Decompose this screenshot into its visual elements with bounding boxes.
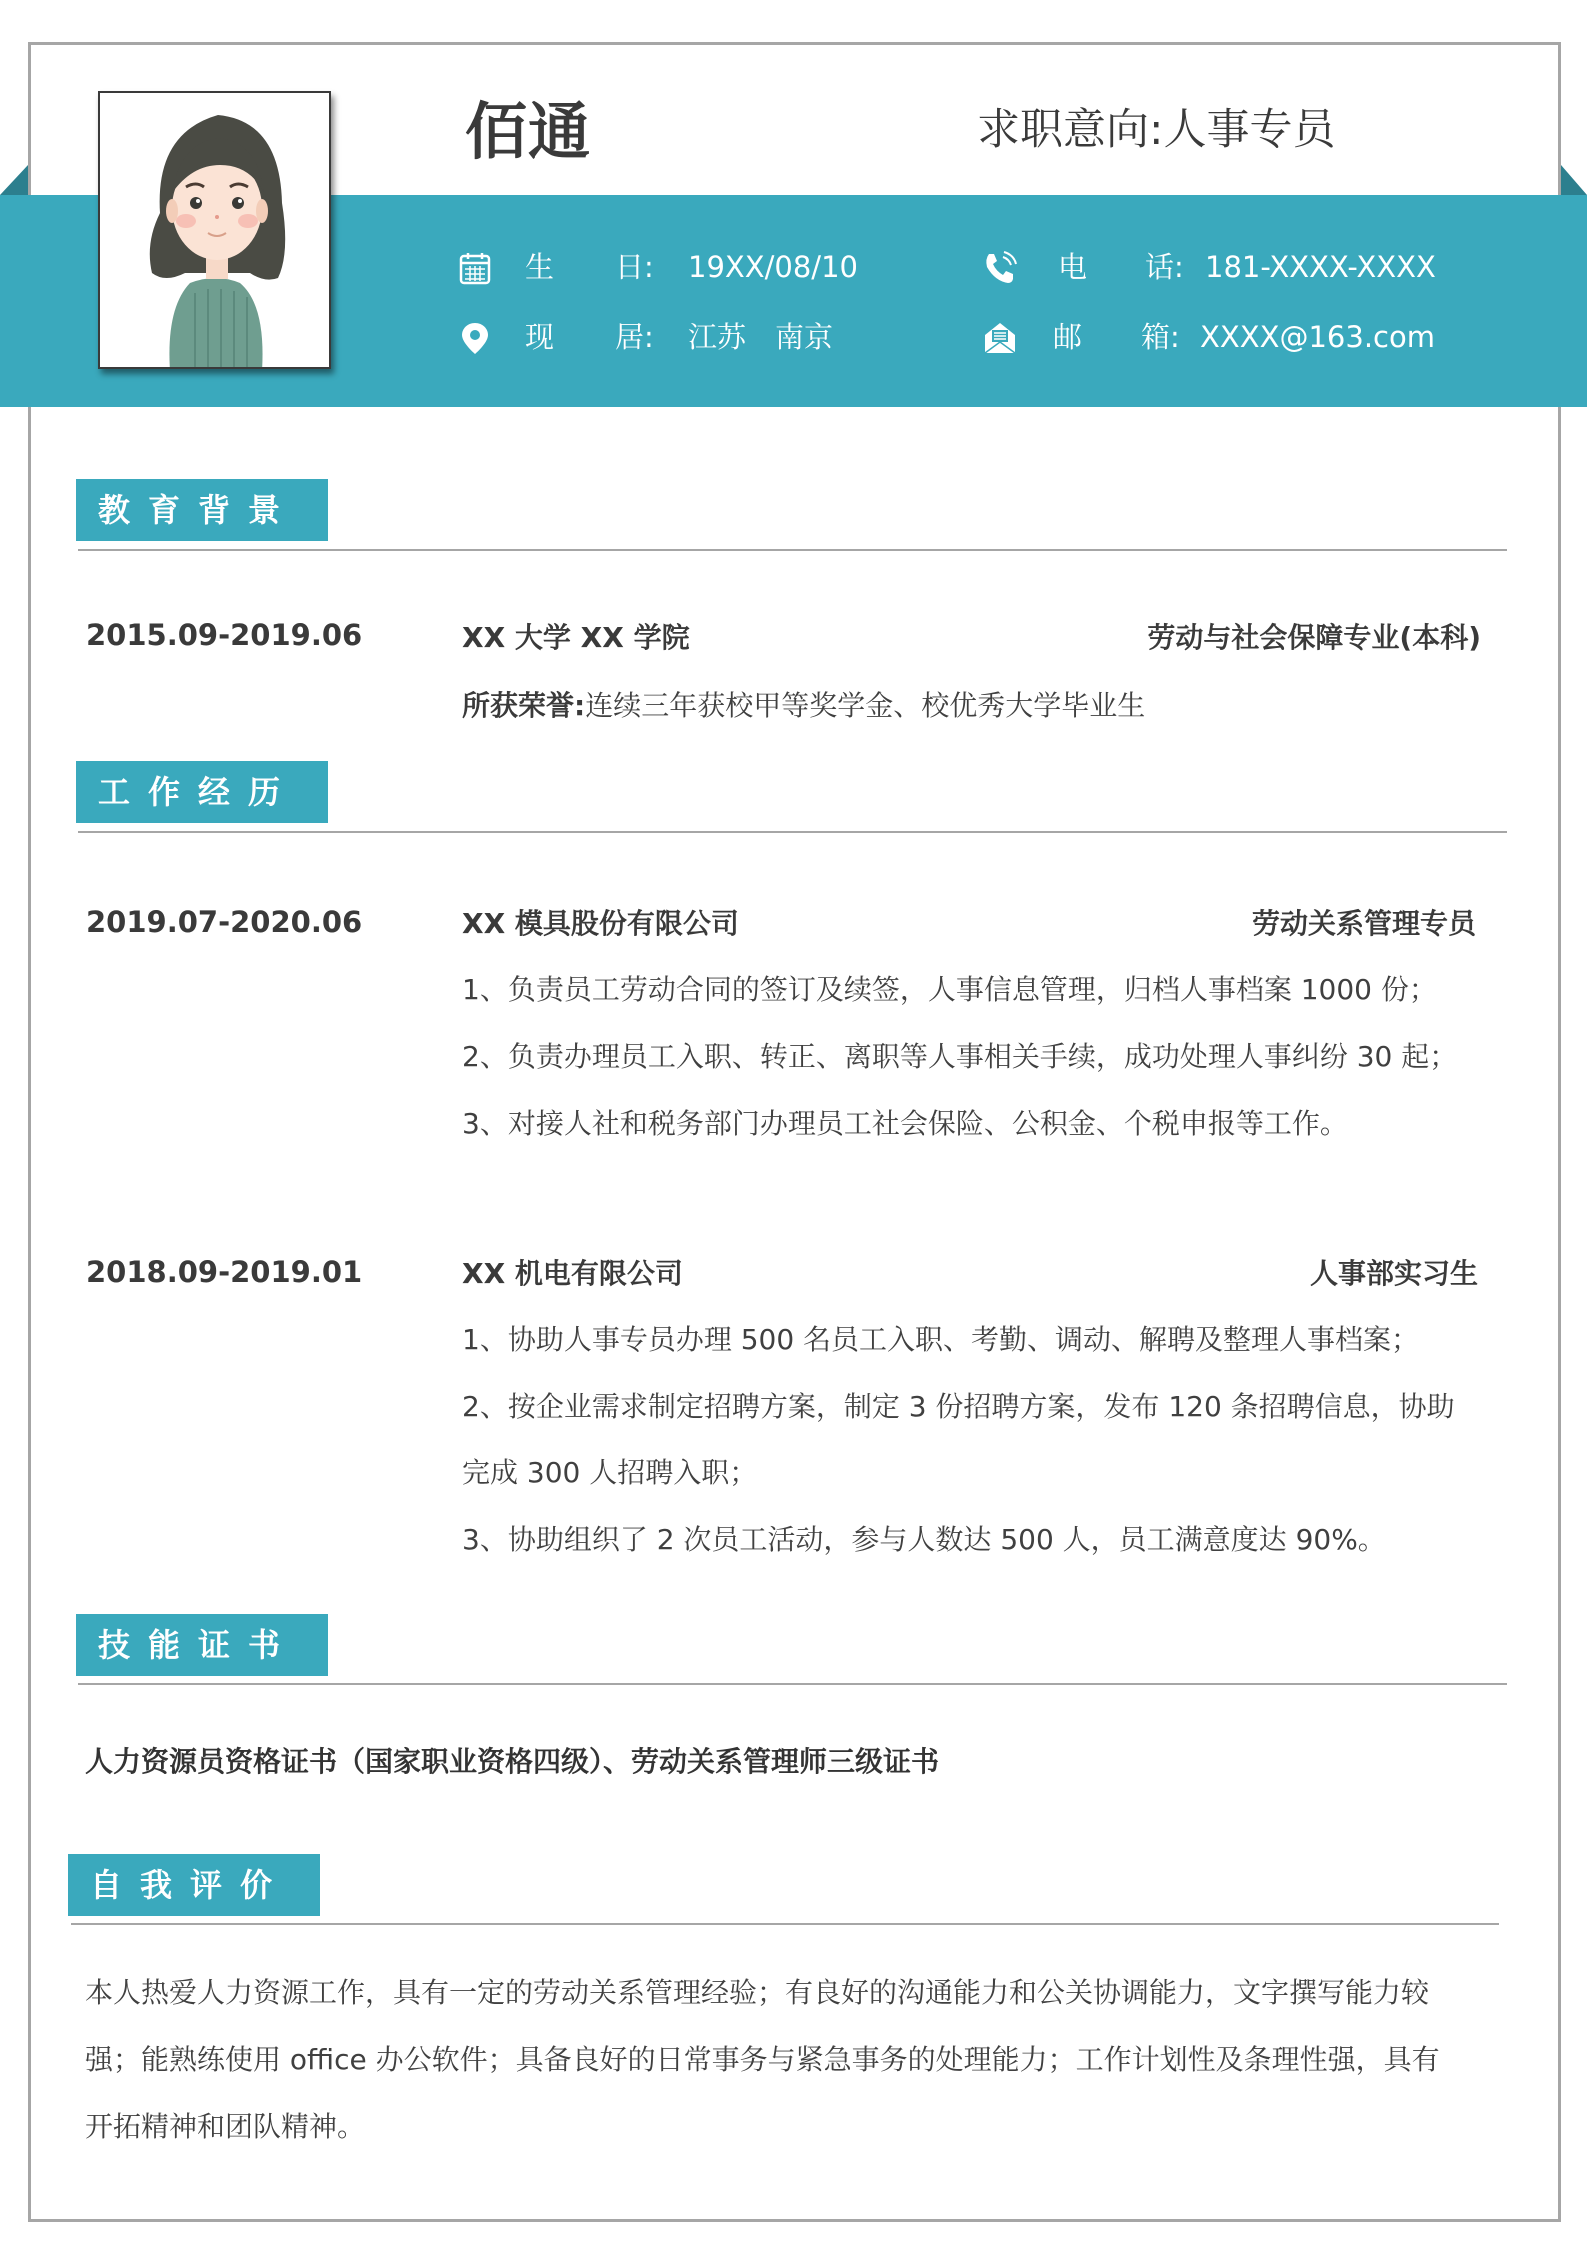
- phone-icon: [983, 251, 1017, 285]
- avatar-cartoon-girl-icon: [100, 93, 331, 369]
- work-1-line-1: 1、负责员工劳动合同的签订及续签，人事信息管理，归档人事档案 1000 份；: [462, 970, 1437, 1010]
- skills-certificates: 人力资源员资格证书（国家职业资格四级）、劳动关系管理师三级证书: [85, 1742, 939, 1782]
- section-divider-self-eval: [71, 1923, 1499, 1925]
- birthday-value: 19XX/08/10: [688, 247, 858, 287]
- work-2-date: 2018.09-2019.01: [86, 1252, 362, 1292]
- contact-birthday: 生 日: 19XX/08/10: [458, 247, 898, 287]
- phone-label-1: 电: [1058, 247, 1087, 287]
- contact-residence: 现 居: 江苏 南京: [458, 317, 898, 357]
- self-eval-line-3: 开拓精神和团队精神。: [85, 2107, 365, 2147]
- section-title-skills: 技能证书: [76, 1614, 328, 1676]
- birthday-label-2: 日:: [615, 247, 654, 287]
- phone-label-2: 话:: [1145, 247, 1184, 287]
- mail-icon: [983, 321, 1017, 355]
- section-title-self-eval: 自我评价: [68, 1854, 320, 1916]
- phone-value: 181-XXXX-XXXX: [1205, 247, 1436, 287]
- email-label-1: 邮: [1053, 317, 1082, 357]
- education-major: 劳动与社会保障专业(本科): [1147, 618, 1481, 658]
- birthday-label-1: 生: [525, 247, 554, 287]
- work-2-line-3: 完成 300 人招聘入职；: [462, 1453, 757, 1493]
- honors-label: 所获荣誉:: [462, 689, 585, 722]
- email-value: XXXX@163.com: [1200, 317, 1435, 357]
- work-1-company: XX 模具股份有限公司: [462, 904, 739, 944]
- section-divider-education: [78, 549, 1507, 551]
- residence-label-1: 现: [525, 317, 554, 357]
- contact-email: 邮 箱: XXXX@163.com: [983, 317, 1483, 357]
- section-title-work: 工作经历: [76, 761, 328, 823]
- work-2-role: 人事部实习生: [1310, 1254, 1478, 1294]
- education-school: XX 大学 XX 学院: [462, 618, 690, 658]
- honors-text: 连续三年获校甲等奖学金、校优秀大学毕业生: [585, 689, 1145, 722]
- band-fold-left: [0, 165, 28, 195]
- location-pin-icon: [458, 321, 492, 355]
- section-title-education: 教育背景: [76, 479, 328, 541]
- candidate-name: 佰通: [465, 92, 591, 172]
- work-1-line-3: 3、对接人社和税务部门办理员工社会保险、公积金、个税申报等工作。: [462, 1104, 1348, 1144]
- work-1-role: 劳动关系管理专员: [1252, 904, 1476, 944]
- avatar-photo: [98, 91, 331, 369]
- email-label-2: 箱:: [1141, 317, 1180, 357]
- work-2-line-4: 3、协助组织了 2 次员工活动，参与人数达 500 人，员工满意度达 90%。: [462, 1520, 1386, 1560]
- work-2-line-1: 1、协助人事专员办理 500 名员工入职、考勤、调动、解聘及整理人事档案；: [462, 1320, 1419, 1360]
- contact-phone: 电 话: 181-XXXX-XXXX: [983, 247, 1483, 287]
- section-divider-skills: [78, 1683, 1507, 1685]
- self-eval-line-1: 本人热爱人力资源工作，具有一定的劳动关系管理经验；有良好的沟通能力和公关协调能力…: [85, 1973, 1429, 2013]
- work-1-line-2: 2、负责办理员工入职、转正、离职等人事相关手续，成功处理人事纠纷 30 起；: [462, 1037, 1457, 1077]
- work-2-line-2: 2、按企业需求制定招聘方案，制定 3 份招聘方案，发布 120 条招聘信息，协助: [462, 1387, 1455, 1427]
- education-honors: 所获荣誉:连续三年获校甲等奖学金、校优秀大学毕业生: [462, 686, 1145, 726]
- self-eval-line-2: 强；能熟练使用 office 办公软件；具备良好的日常事务与紧急事务的处理能力；…: [85, 2040, 1440, 2080]
- job-intent: 求职意向:人事专员: [977, 102, 1336, 158]
- calendar-icon: [458, 251, 492, 285]
- education-date: 2015.09-2019.06: [86, 615, 362, 655]
- residence-value: 江苏 南京: [688, 317, 833, 357]
- residence-label-2: 居:: [615, 317, 654, 357]
- section-divider-work: [78, 831, 1507, 833]
- work-2-company: XX 机电有限公司: [462, 1254, 683, 1294]
- work-1-date: 2019.07-2020.06: [86, 902, 362, 942]
- band-fold-right: [1561, 165, 1587, 195]
